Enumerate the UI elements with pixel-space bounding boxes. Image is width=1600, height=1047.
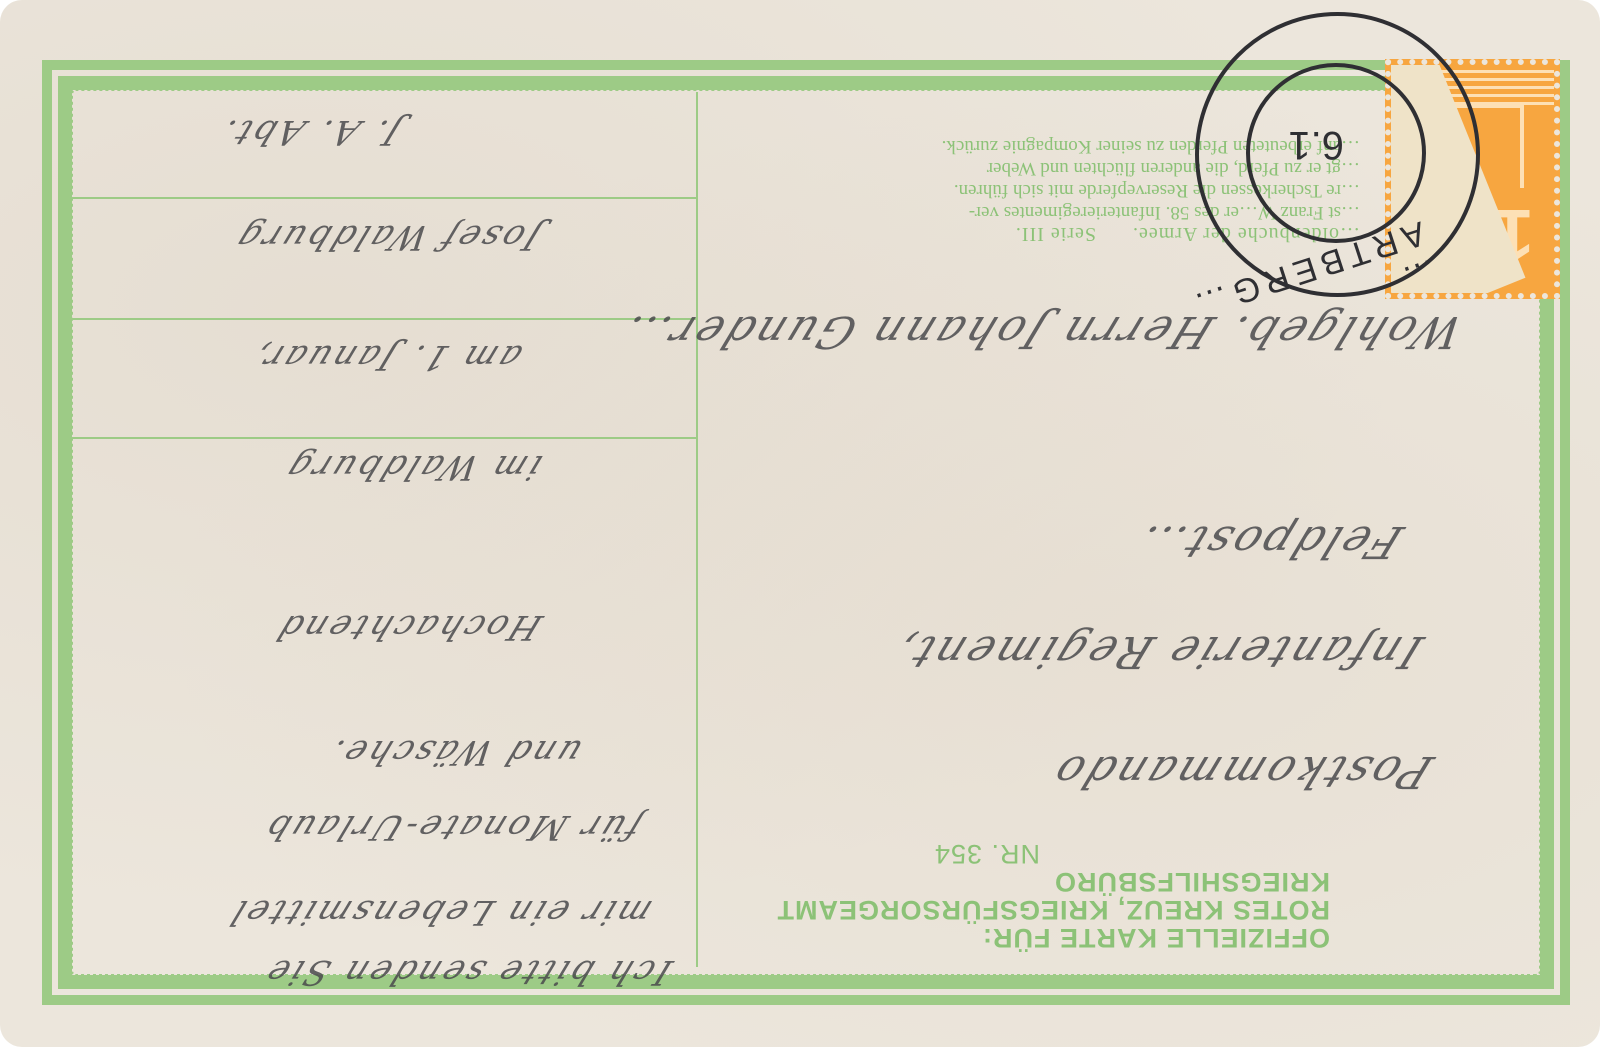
series-number: Serie III.	[1015, 223, 1126, 245]
postmark-date: 6.1	[1288, 122, 1344, 167]
message-line: Ich bitte senden Sie	[257, 952, 678, 992]
message-line: am 1. Januar,	[245, 337, 528, 377]
writing-line	[66, 197, 696, 199]
message-line: für Monate-Urlaub	[257, 807, 648, 847]
imprint-line3: Kriegshilfsbüro	[776, 868, 1330, 896]
message-line: und Wäsche.	[321, 732, 588, 772]
postmark-inner-ring: 6.1	[1246, 63, 1426, 243]
imprint-line2: Rotes Kreuz, Kriegsfürsorgeamt	[776, 896, 1330, 924]
center-divider	[696, 92, 698, 967]
message-line: Hochachtend	[269, 607, 548, 647]
imprint-line1: Offizielle Karte für:	[776, 924, 1330, 952]
imprint-number: Nr. 354	[776, 840, 1330, 868]
official-imprint: Offizielle Karte für: Rotes Kreuz, Krieg…	[776, 840, 1330, 952]
address-line: Postkommando	[1043, 746, 1440, 797]
postmark-cancel: …ARTBERG… 6.1	[1195, 12, 1480, 297]
message-line: im Waldburg	[278, 447, 548, 487]
postcard: Offizielle Karte für: Rotes Kreuz, Krieg…	[0, 0, 1600, 1047]
address-line: Infanterie Regiment,	[885, 626, 1430, 677]
message-line: Josef Waldburg	[228, 217, 548, 257]
message-line: mir ein Lebensmittel	[223, 892, 658, 932]
address-line: Feldpost…	[1127, 516, 1410, 567]
writing-line	[66, 437, 696, 439]
writing-line	[66, 318, 696, 320]
message-line: J. A. Abt.	[212, 112, 408, 152]
